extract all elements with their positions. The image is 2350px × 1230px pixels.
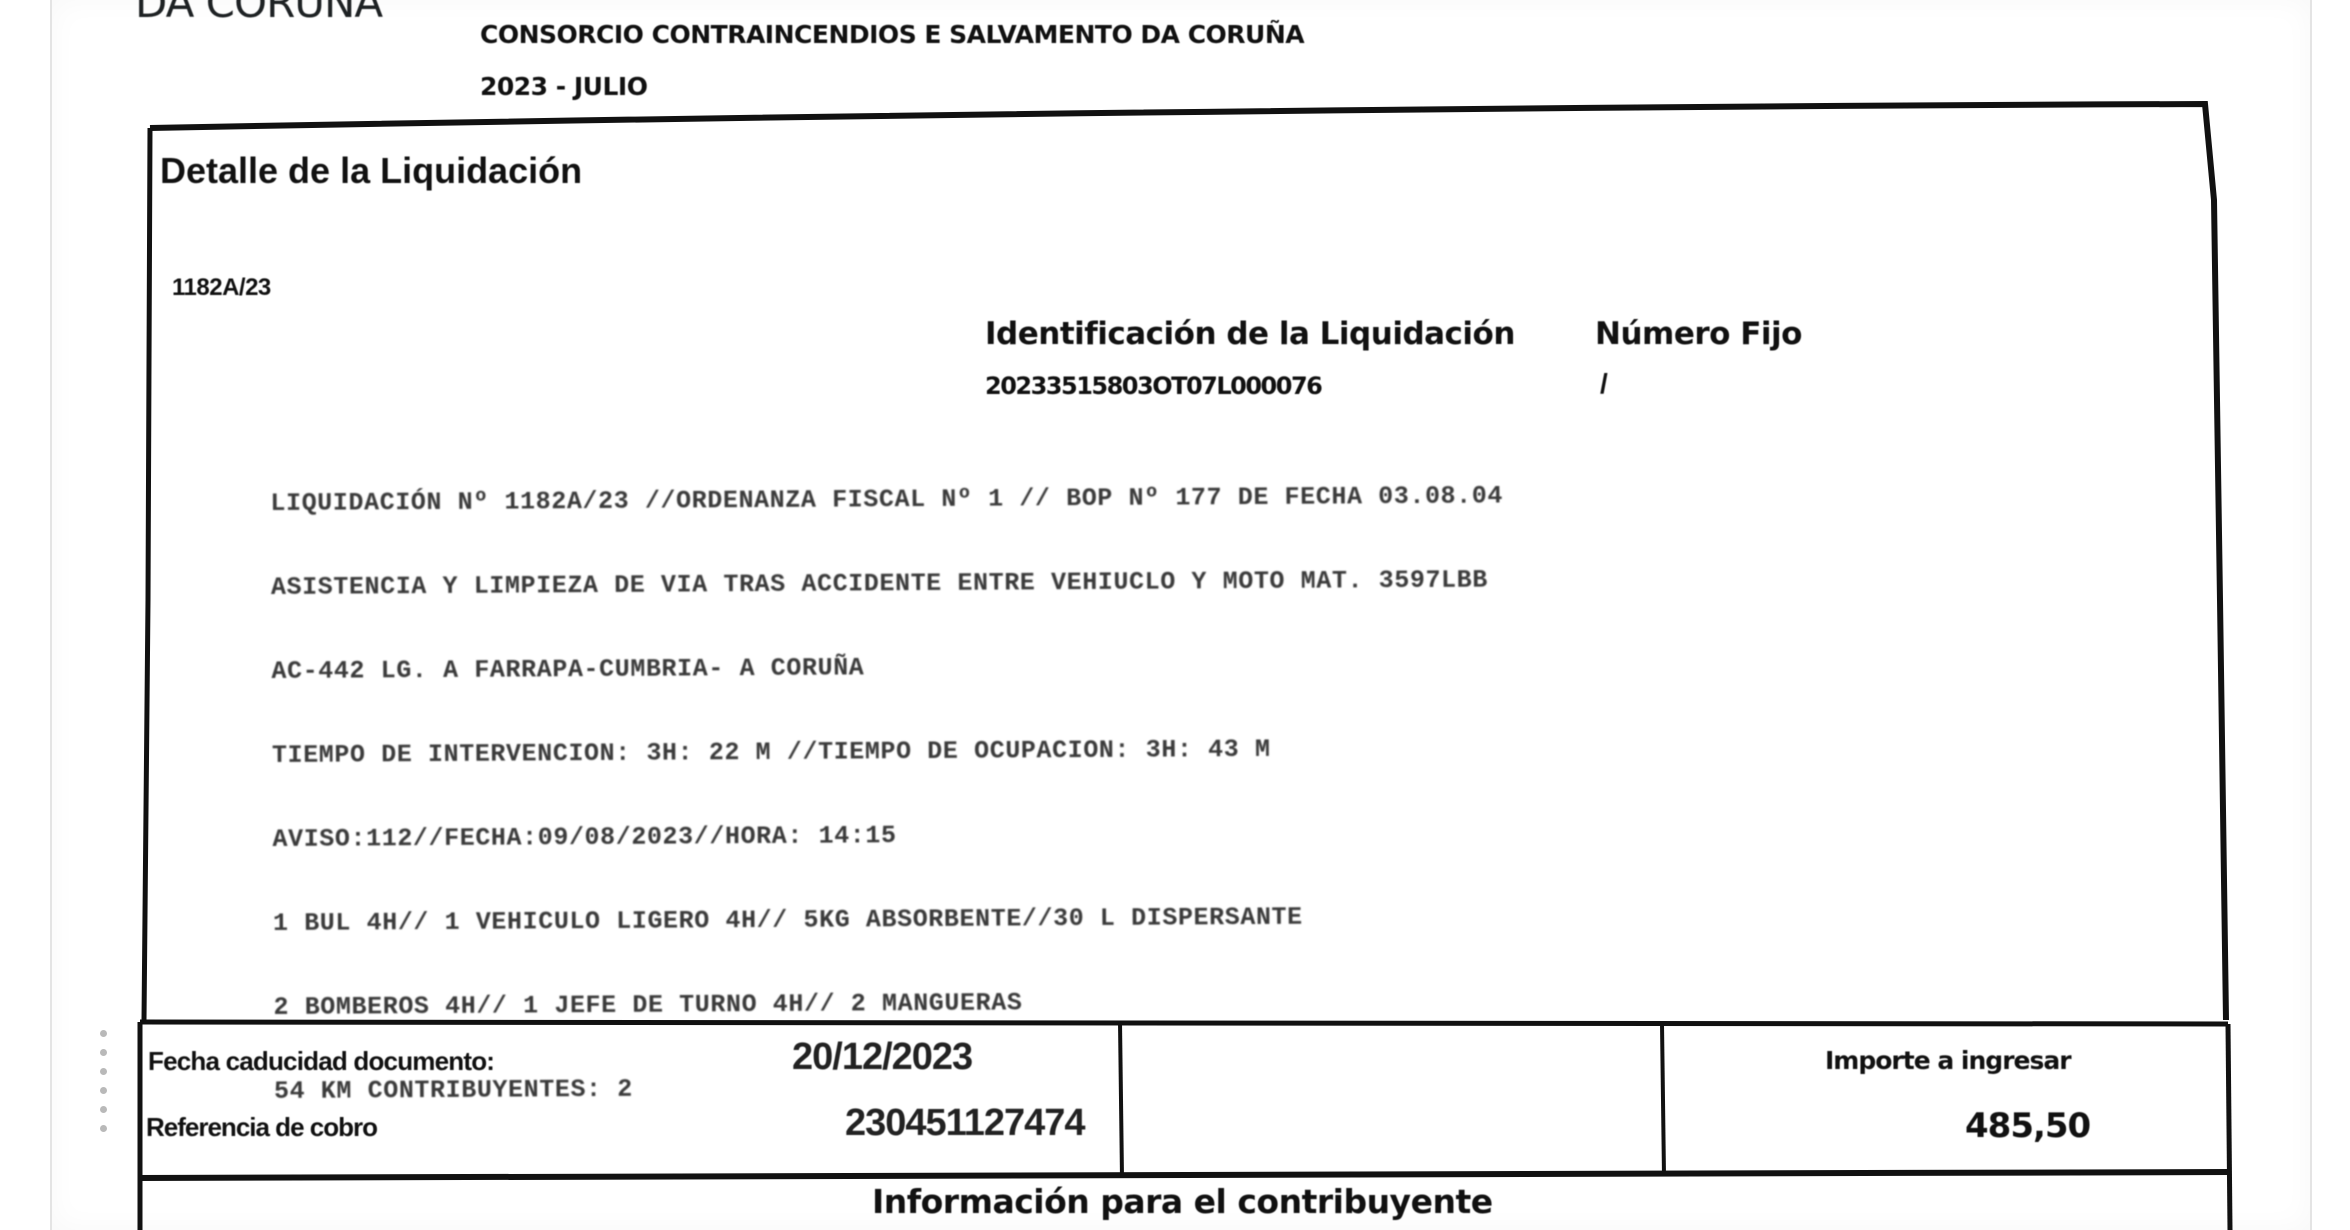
detalle-line: 1 BUL 4H// 1 VEHICULO LIGERO 4H// 5KG AB… bbox=[273, 902, 1506, 938]
numero-fijo-value: / bbox=[1600, 368, 1608, 400]
liquidacion-code: 1182A/23 bbox=[172, 274, 271, 302]
consorcio-title: CONSORCIO CONTRAINCENDIOS E SALVAMENTO D… bbox=[480, 20, 1304, 49]
detalle-title: Detalle de la Liquidación bbox=[160, 150, 582, 192]
importe-value: 485,50 bbox=[1965, 1106, 2090, 1146]
viewer-right-gutter bbox=[2310, 0, 2350, 1230]
identificacion-label: Identificación de la Liquidación bbox=[985, 316, 1515, 352]
detalle-line: LIQUIDACIÓN Nº 1182A/23 //ORDENANZA FISC… bbox=[270, 482, 1503, 518]
info-contribuyente-title: Información para el contribuyente bbox=[872, 1182, 1493, 1221]
detalle-line: AC-442 LG. A FARRAPA-CUMBRIA- A CORUÑA bbox=[271, 650, 1504, 686]
detalle-line: TIEMPO DE INTERVENCION: 3H: 22 M //TIEMP… bbox=[272, 734, 1505, 770]
referencia-cobro-value: 230451127474 bbox=[845, 1102, 1085, 1145]
importe-label: Importe a ingresar bbox=[1825, 1046, 2071, 1075]
fecha-caducidad-value: 20/12/2023 bbox=[792, 1036, 972, 1079]
referencia-cobro-label: Referencia de cobro bbox=[146, 1112, 377, 1143]
viewer-left-gutter bbox=[0, 0, 52, 1230]
org-name: DA CORUÑA bbox=[135, 0, 382, 27]
detalle-line: AVISO:112//FECHA:09/08/2023//HORA: 14:15 bbox=[272, 818, 1505, 854]
page-thumbnail-dots bbox=[100, 1030, 108, 1160]
detalle-lines: LIQUIDACIÓN Nº 1182A/23 //ORDENANZA FISC… bbox=[270, 426, 1507, 1134]
detalle-line: 2 BOMBEROS 4H// 1 JEFE DE TURNO 4H// 2 M… bbox=[273, 986, 1506, 1022]
identificacion-value: 20233515803OT07L000076 bbox=[985, 372, 1321, 400]
periodo-label: 2023 - JULIO bbox=[480, 72, 647, 101]
numero-fijo-label: Número Fijo bbox=[1595, 316, 1802, 352]
detalle-line: ASISTENCIA Y LIMPIEZA DE VIA TRAS ACCIDE… bbox=[271, 566, 1504, 602]
fecha-caducidad-label: Fecha caducidad documento: bbox=[148, 1046, 494, 1077]
